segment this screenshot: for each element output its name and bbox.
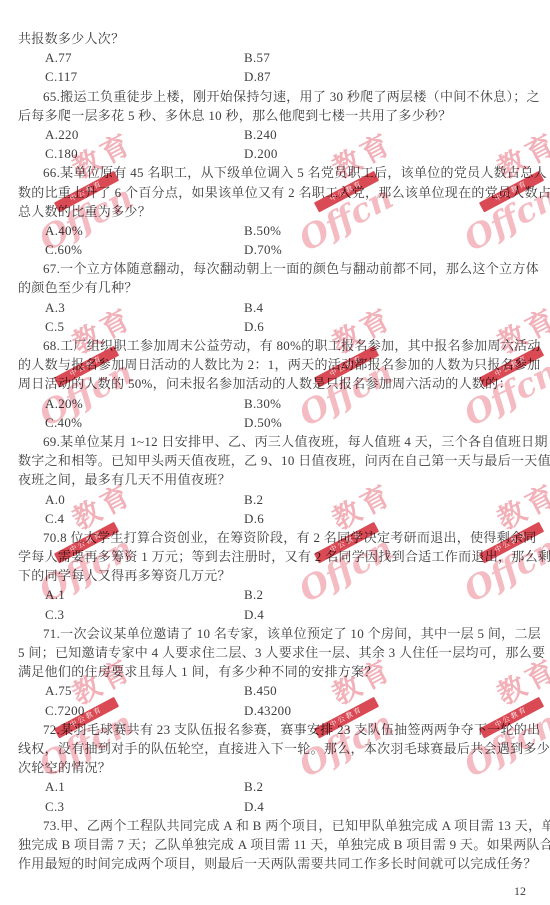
question-text-line: 次轮空的情况？: [18, 758, 532, 777]
option-right: D.43200: [244, 701, 291, 720]
option-right: B.4: [244, 298, 263, 317]
question-text-line: 共报数多少人次？: [18, 29, 532, 48]
option-left: A.0: [18, 490, 65, 509]
option-right: D.87: [244, 67, 271, 86]
question-first-line: 70.8 位大学生打算合资创业，在筹资阶段，有 2 名同学决定考研而退出，使得剩…: [18, 528, 532, 547]
option-right: B.57: [244, 48, 270, 67]
question-text-line: 学每人需要再多筹资 1 万元；等到去注册时，又有 2 名同学因找到合适工作而退出…: [18, 547, 532, 566]
option-left: C.3: [18, 797, 64, 816]
option-right: D.70%: [244, 240, 282, 259]
question-first-line: 66.某单位原有 45 名职工，从下级单位调入 5 名党员职工后，该单位的党员人…: [18, 163, 532, 182]
option-row: C.180D.200: [18, 144, 532, 163]
question-text-line: 周日活动的人数的 50%，问未报名参加活动的人数是只报名参加周六活动的人数的：: [18, 374, 532, 393]
question-list: 共报数多少人次？A.77B.57C.117D.8765.搬运工负重徒步上楼，刚开…: [18, 29, 532, 873]
option-left: C.117: [18, 67, 77, 86]
question-first-line: 65.搬运工负重徒步上楼，刚开始保持匀速，用了 30 秒爬了两层楼（中间不休息）…: [18, 87, 532, 106]
question-text-line: 独完成 B 项目需 7 天；乙队单独完成 A 项目需 11 天，单独完成 B 项…: [18, 835, 532, 854]
option-left: C.7200: [18, 701, 85, 720]
option-row: C.3D.4: [18, 797, 532, 816]
question-text-line: 满足他们的住房要求且每人 1 间，有多少种不同的安排方案？: [18, 662, 532, 681]
page-number: 12: [514, 884, 526, 899]
question-text-line: 下的同学每人又得再多筹资几万元？: [18, 566, 532, 585]
option-left: A.77: [18, 48, 72, 67]
option-row: C.7200D.43200: [18, 701, 532, 720]
option-left: A.20%: [18, 394, 83, 413]
option-left: A.1: [18, 585, 65, 604]
option-left: C.3: [18, 605, 64, 624]
option-row: C.40%D.50%: [18, 413, 532, 432]
option-row: A.220B.240: [18, 125, 532, 144]
option-right: D.200: [244, 144, 278, 163]
option-left: C.180: [18, 144, 78, 163]
option-row: A.0B.2: [18, 490, 532, 509]
question-first-line: 69.某单位某月 1~12 日安排甲、乙、丙三人值夜班，每人值班 4 天，三个各…: [18, 432, 532, 451]
question-text-line: 5 间；已知邀请专家中 4 人要求住二层、3 人要求住一层、其余 3 人住任一层…: [18, 643, 532, 662]
option-left: A.3: [18, 298, 65, 317]
option-right: B.2: [244, 777, 263, 796]
option-left: C.40%: [18, 413, 82, 432]
question-text-line: 作用最短的时间完成两个项目，则最后一天两队需要共同工作多长时间就可以完成任务？: [18, 854, 532, 873]
option-row: C.60%D.70%: [18, 240, 532, 259]
option-right: B.2: [244, 585, 263, 604]
option-right: D.6: [244, 317, 264, 336]
option-row: C.117D.87: [18, 67, 532, 86]
option-row: A.40%B.50%: [18, 221, 532, 240]
question-text-line: 数的比重上升了 6 个百分点，如果该单位又有 2 名职工入党，那么该单位现在的党…: [18, 183, 532, 202]
option-right: D.6: [244, 509, 264, 528]
option-row: A.3B.4: [18, 298, 532, 317]
question-text-line: 的人数与报名参加周日活动的人数比为 2：1，两天的活动都报名参加的人数为只报名参…: [18, 355, 532, 374]
option-row: A.1B.2: [18, 777, 532, 796]
option-right: B.240: [244, 125, 277, 144]
option-row: C.4D.6: [18, 509, 532, 528]
option-row: C.3D.4: [18, 605, 532, 624]
option-right: D.4: [244, 797, 264, 816]
option-left: A.220: [18, 125, 79, 144]
option-right: B.2: [244, 490, 263, 509]
question-first-line: 68.工厂组织职工参加周末公益劳动，有 80%的职工报名参加，其中报名参加周六活…: [18, 336, 532, 355]
question-text-line: 数字之和相等。已知甲头两天值夜班，乙 9、10 日值夜班，问丙在自己第一天与最后…: [18, 451, 532, 470]
exam-page: 教育中公教育Offcn教育中公教育Offcn教育中公教育Offcn教育中公教育O…: [0, 0, 550, 905]
question-text-line: 夜班之间，最多有几天不用值夜班？: [18, 470, 532, 489]
option-left: A.40%: [18, 221, 83, 240]
option-right: B.450: [244, 681, 277, 700]
question-text-line: 总人数的比重为多少？: [18, 202, 532, 221]
option-left: A.75: [18, 681, 72, 700]
question-first-line: 73.甲、乙两个工程队共同完成 A 和 B 两个项目，已知甲队单独完成 A 项目…: [18, 816, 532, 835]
option-right: D.4: [244, 605, 264, 624]
option-left: A.1: [18, 777, 65, 796]
option-right: B.30%: [244, 394, 281, 413]
question-text-line: 的颜色至少有几种？: [18, 278, 532, 297]
question-first-line: 72.某羽毛球赛共有 23 支队伍报名参赛，赛事安排 23 支队伍抽签两两争夺下…: [18, 720, 532, 739]
question-first-line: 67.一个立方体随意翻动，每次翻动朝上一面的颜色与翻动前都不同，那么这个立方体: [18, 259, 532, 278]
option-right: D.50%: [244, 413, 282, 432]
option-right: B.50%: [244, 221, 281, 240]
question-first-line: 71.一次会议某单位邀请了 10 名专家，该单位预定了 10 个房间，其中一层 …: [18, 624, 532, 643]
option-left: C.60%: [18, 240, 82, 259]
question-text-line: 线权，没有抽到对手的队伍轮空，直接进入下一轮。那么，本次羽毛球赛最后共会遇到多少: [18, 739, 532, 758]
option-row: A.77B.57: [18, 48, 532, 67]
option-row: A.75B.450: [18, 681, 532, 700]
option-row: A.20%B.30%: [18, 394, 532, 413]
question-text-line: 后每多爬一层多花 5 秒、多休息 10 秒，那么他爬到七楼一共用了多少秒？: [18, 106, 532, 125]
option-row: A.1B.2: [18, 585, 532, 604]
option-left: C.5: [18, 317, 64, 336]
option-row: C.5D.6: [18, 317, 532, 336]
option-left: C.4: [18, 509, 64, 528]
